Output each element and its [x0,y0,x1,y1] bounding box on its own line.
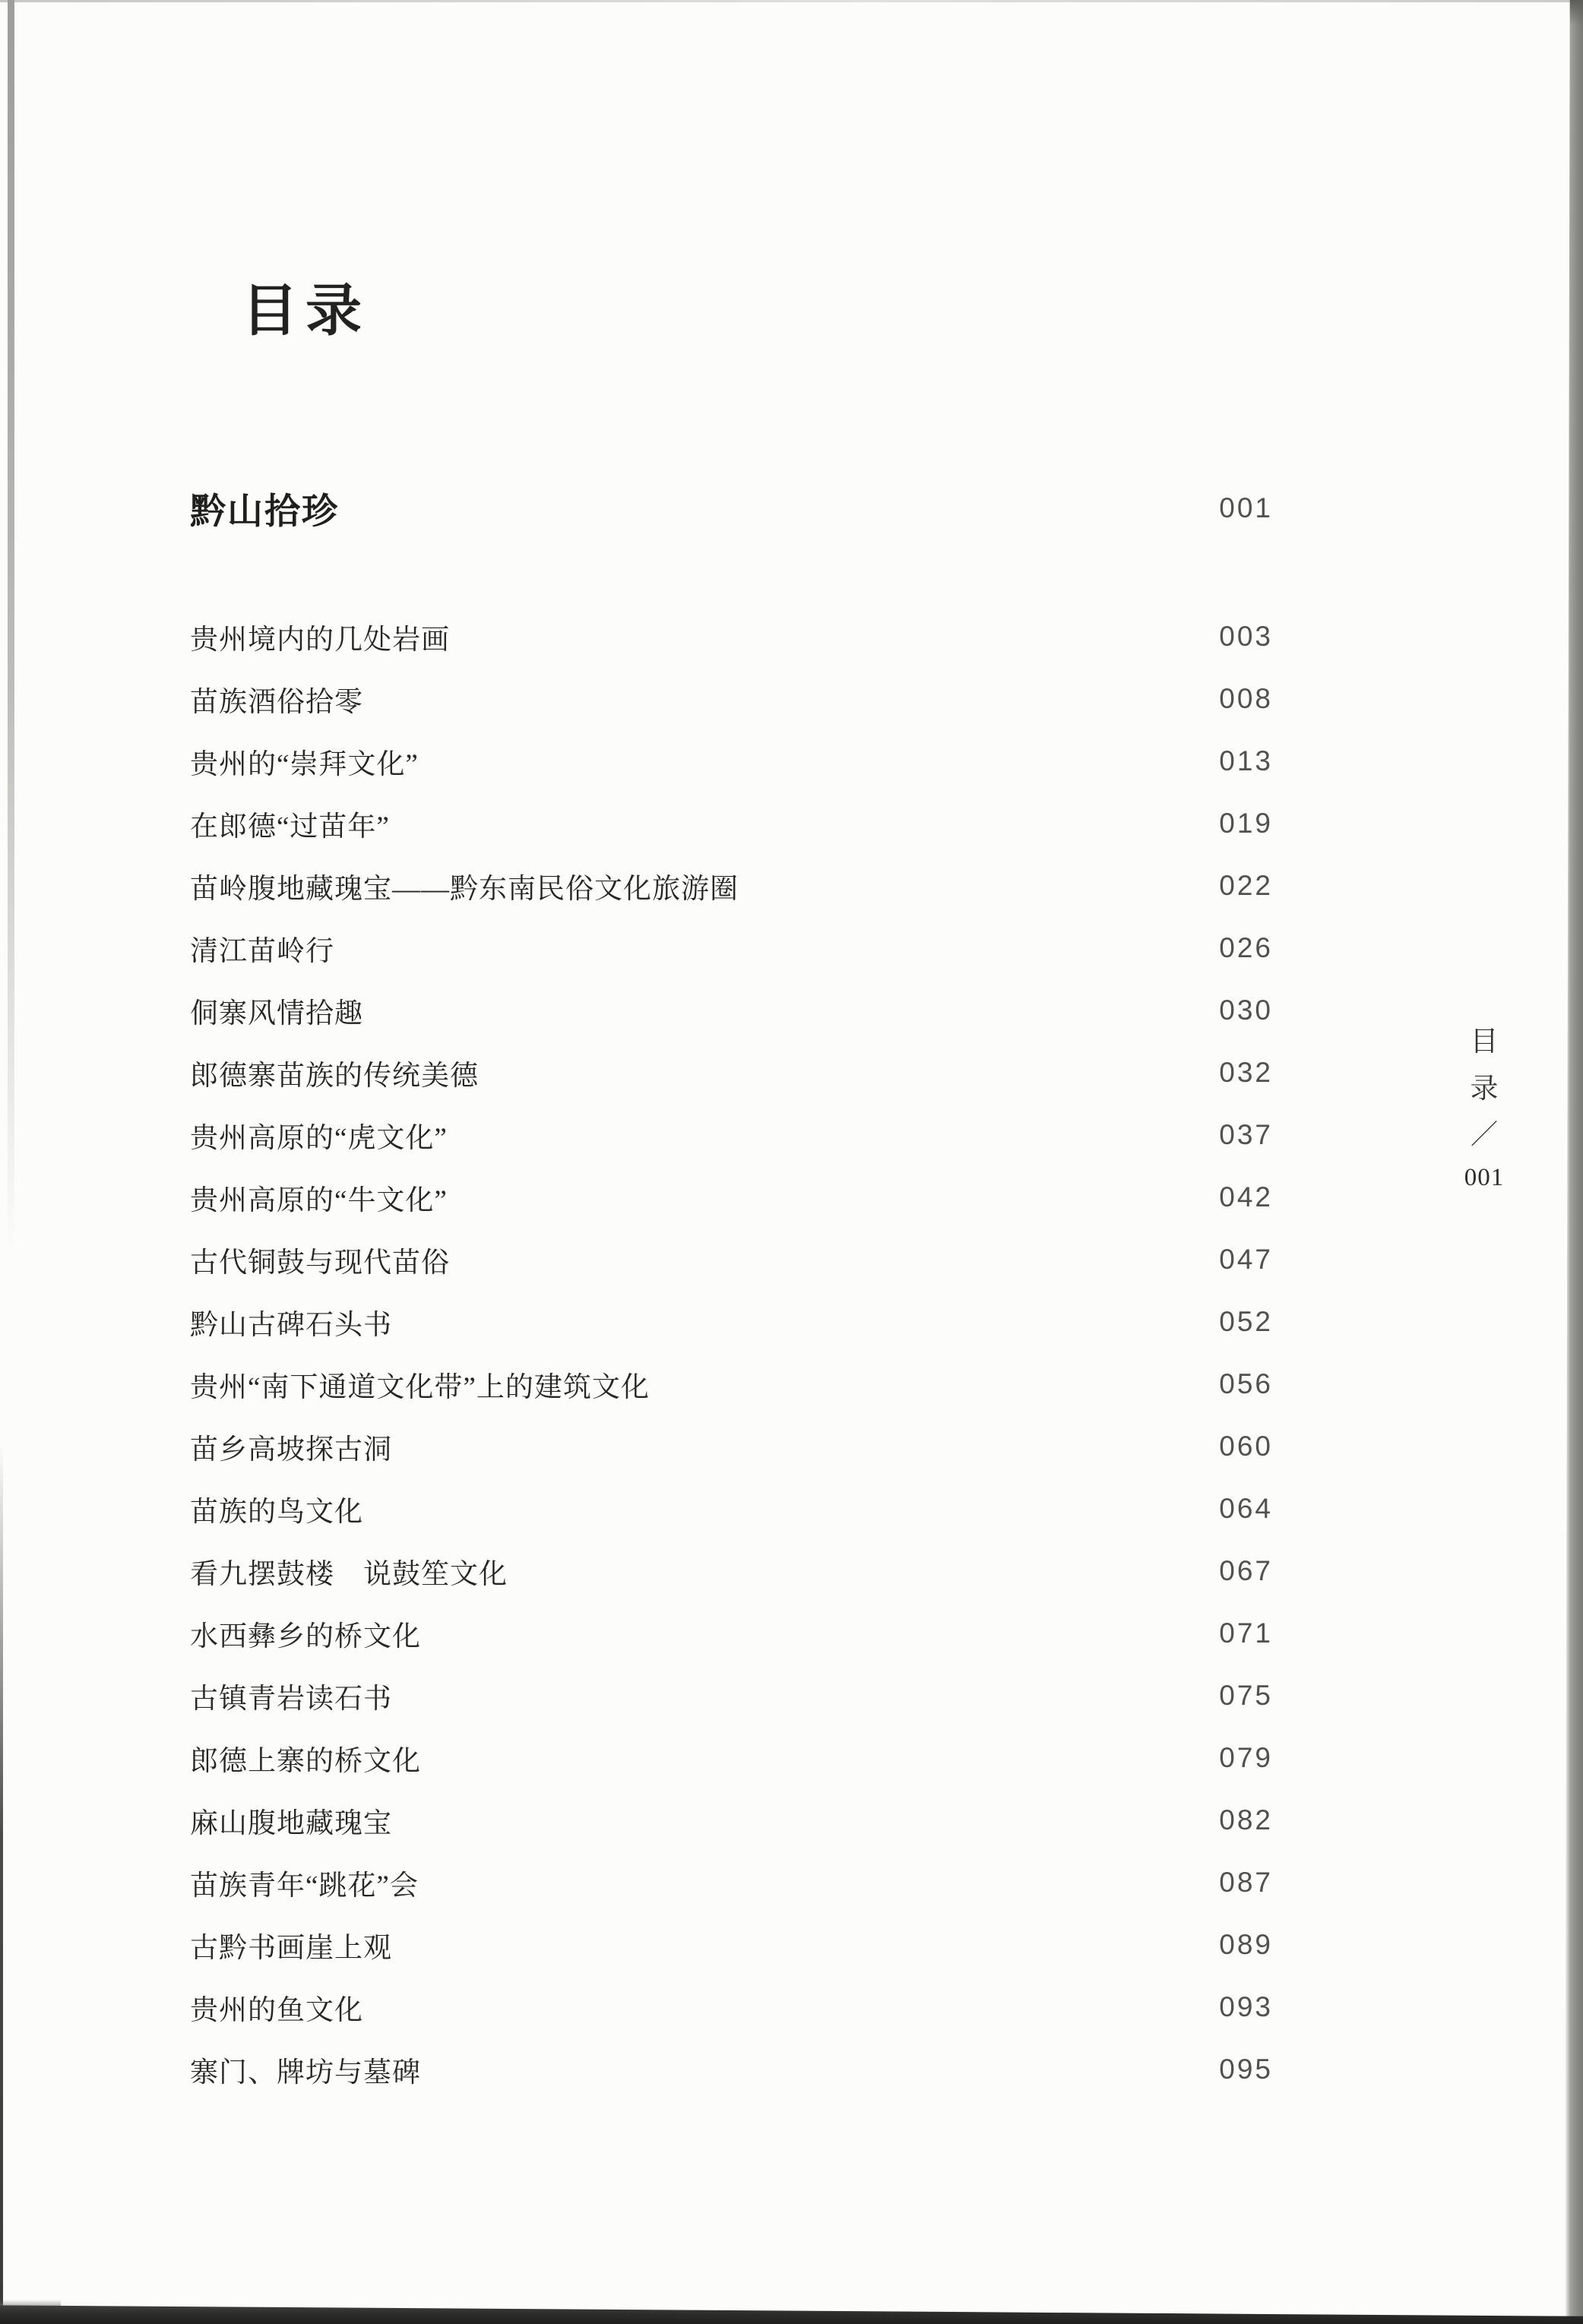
toc-entry: 苗族的鸟文化 064 [190,1478,1273,1540]
toc-entry: 苗族酒俗拾零 008 [190,668,1273,730]
toc-entry: 贵州的“崇拜文化” 013 [190,730,1273,792]
entry-page-number: 003 [1219,621,1273,653]
toc-entry: 古代铜鼓与现代苗俗 047 [190,1228,1273,1291]
page-title: 目录 [242,266,369,346]
entry-page-number: 075 [1219,1680,1273,1712]
toc-entry: 贵州境内的几处岩画 003 [190,606,1273,668]
toc-entry: 郎德上寨的桥文化 079 [190,1727,1273,1789]
entry-page-number: 047 [1219,1244,1273,1276]
entry-page-number: 087 [1219,1867,1273,1899]
toc-entry: 古镇青岩读石书 075 [190,1665,1273,1727]
entry-page-number: 052 [1219,1306,1273,1338]
toc-entry: 黔山古碑石头书 052 [190,1291,1273,1353]
entry-title: 苗族青年“跳花”会 [190,1862,419,1903]
toc-entry: 贵州“南下通道文化带”上的建筑文化 056 [190,1353,1273,1415]
entry-page-number: 089 [1219,1929,1273,1961]
entry-title: 古黔书画崖上观 [190,1924,392,1965]
entry-title: 麻山腹地藏瑰宝 [190,1800,392,1841]
toc-entry: 贵州高原的“牛文化” 042 [190,1166,1273,1228]
entry-title: 看九摆鼓楼 说鼓笙文化 [190,1551,508,1592]
entry-title: 古镇青岩读石书 [190,1675,392,1716]
entry-title: 在郎德“过苗年” [190,803,390,844]
entry-title: 郎德上寨的桥文化 [190,1737,421,1779]
entry-page-number: 032 [1219,1057,1273,1089]
toc-entry: 侗寨风情拾趣 030 [190,979,1273,1042]
entry-page-number: 022 [1219,870,1273,902]
top-scan-edge [0,0,1583,2]
toc-entry: 麻山腹地藏瑰宝 082 [190,1789,1273,1851]
entry-title: 苗岭腹地藏瑰宝——黔东南民俗文化旅游圈 [190,865,739,906]
toc-list: 贵州境内的几处岩画 003 苗族酒俗拾零 008 贵州的“崇拜文化” 013 在… [190,606,1273,2101]
toc-entry: 贵州的鱼文化 093 [190,1976,1273,2038]
toc-entry: 看九摆鼓楼 说鼓笙文化 067 [190,1540,1273,1602]
entry-page-number: 042 [1219,1181,1273,1213]
entry-page-number: 060 [1219,1431,1273,1462]
toc-entry: 寨门、牌坊与墓碑 095 [190,2038,1273,2101]
entry-title: 贵州的鱼文化 [190,1987,363,2028]
entry-title: 贵州高原的“牛文化” [190,1177,448,1218]
left-page-edge [0,1443,3,2324]
right-page-edge [1565,0,1583,2324]
section-page-number: 001 [1219,492,1273,524]
scanned-book-page: 目录 黔山拾珍 001 贵州境内的几处岩画 003 苗族酒俗拾零 008 贵州的… [0,0,1583,2324]
entry-title: 贵州“南下通道文化带”上的建筑文化 [190,1364,650,1405]
entry-page-number: 095 [1219,2054,1273,2085]
bottom-page-edge [0,2301,1583,2324]
margin-tab-char-2: 录 [1471,1074,1499,1105]
entry-page-number: 067 [1219,1555,1273,1587]
margin-tab-separator: ／ [1471,1121,1498,1148]
entry-page-number: 019 [1219,808,1273,839]
entry-page-number: 037 [1219,1119,1273,1151]
entry-page-number: 056 [1219,1368,1273,1400]
toc-entry: 贵州高原的“虎文化” 037 [190,1104,1273,1166]
entry-page-number: 071 [1219,1617,1273,1649]
toc-entry: 苗乡高坡探古洞 060 [190,1415,1273,1478]
entry-title: 水西彝乡的桥文化 [190,1613,421,1654]
entry-title: 清江苗岭行 [190,928,334,969]
entry-title: 寨门、牌坊与墓碑 [190,2049,421,2090]
section-heading-row: 黔山拾珍 001 [190,483,1273,533]
entry-title: 苗族的鸟文化 [190,1488,363,1529]
toc-entry: 在郎德“过苗年” 019 [190,792,1273,855]
margin-tab-page-number: 001 [1464,1164,1505,1192]
entry-title: 苗族酒俗拾零 [190,678,363,719]
entry-page-number: 079 [1219,1742,1273,1774]
toc-entry: 苗族青年“跳花”会 087 [190,1851,1273,1914]
entry-page-number: 008 [1219,683,1273,715]
toc-entry: 清江苗岭行 026 [190,917,1273,979]
toc-entry: 郎德寨苗族的传统美德 032 [190,1042,1273,1104]
entry-page-number: 093 [1219,1991,1273,2023]
entry-page-number: 064 [1219,1493,1273,1525]
entry-title: 侗寨风情拾趣 [190,990,363,1031]
entry-page-number: 026 [1219,932,1273,964]
entry-page-number: 013 [1219,745,1273,777]
entry-title: 贵州高原的“虎文化” [190,1115,448,1156]
margin-tab: 目 录 ／ 001 [1458,1027,1511,1192]
entry-page-number: 082 [1219,1804,1273,1836]
entry-page-number: 030 [1219,994,1273,1026]
entry-title: 贵州境内的几处岩画 [190,616,450,657]
toc-entry: 苗岭腹地藏瑰宝——黔东南民俗文化旅游圈 022 [190,855,1273,917]
toc-entry: 水西彝乡的桥文化 071 [190,1602,1273,1665]
entry-title: 贵州的“崇拜文化” [190,741,419,782]
entry-title: 苗乡高坡探古洞 [190,1426,392,1467]
entry-title: 黔山古碑石头书 [190,1301,392,1342]
section-title: 黔山拾珍 [190,483,339,534]
entry-title: 古代铜鼓与现代苗俗 [190,1239,450,1280]
margin-tab-char-1: 目 [1471,1027,1499,1058]
left-gutter-shadow [8,0,14,1254]
toc-entry: 古黔书画崖上观 089 [190,1914,1273,1976]
entry-title: 郎德寨苗族的传统美德 [190,1052,479,1093]
